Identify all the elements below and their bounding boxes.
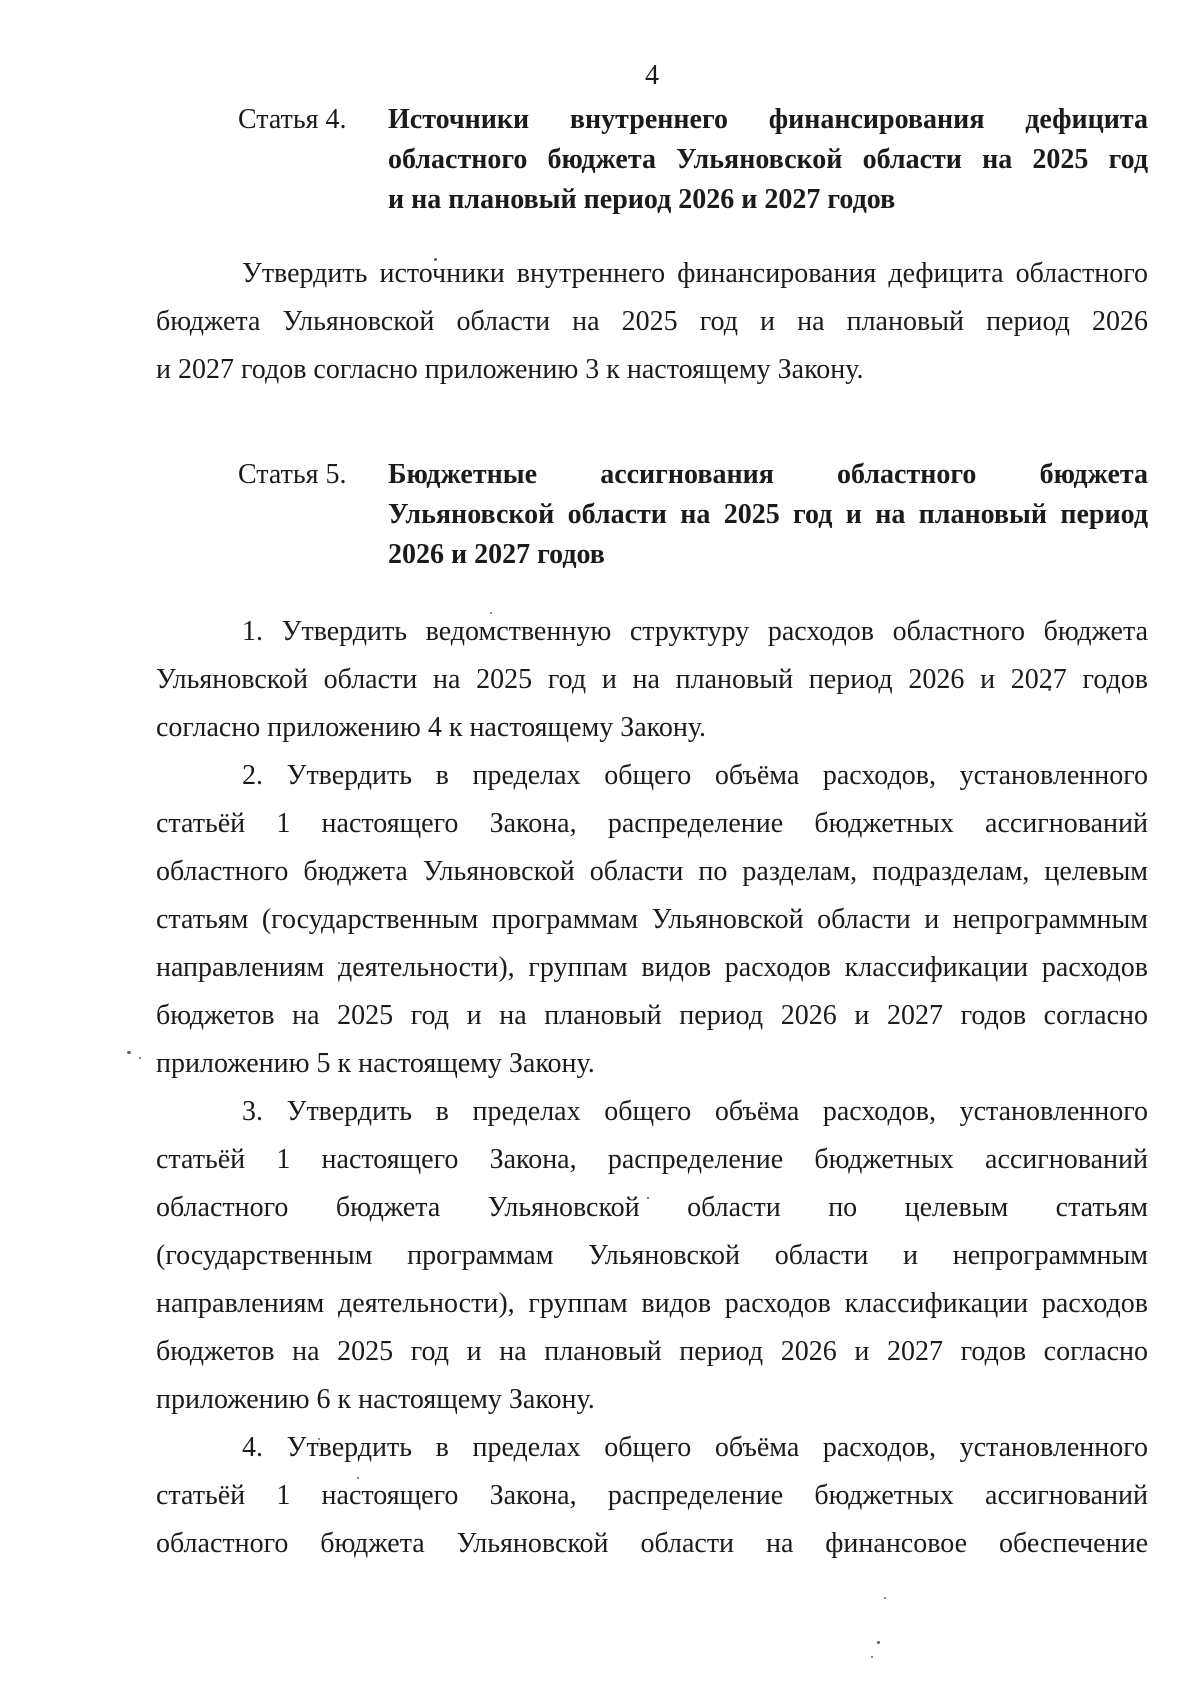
paragraph-line: статьёй 1 настоящего Закона, распределен… bbox=[156, 1136, 1148, 1184]
scan-speck bbox=[357, 1477, 359, 1479]
paragraph-line: 4. Утвердить в пределах общего объёма ра… bbox=[156, 1424, 1148, 1472]
paragraph-line: бюджетов на 2025 год и на плановый перио… bbox=[156, 992, 1148, 1040]
article-5-heading-block: Статья 5. Бюджетные ассигнования областн… bbox=[156, 455, 1148, 575]
scan-speck bbox=[884, 1597, 886, 1599]
article-5-heading: Бюджетные ассигнования областного бюджет… bbox=[388, 455, 1148, 575]
paragraph-line: бюджета Ульяновской области на 2025 год … bbox=[156, 298, 1148, 346]
page-number: 4 bbox=[156, 52, 1148, 100]
scan-speck bbox=[139, 1057, 141, 1059]
scan-speck bbox=[871, 1656, 873, 1658]
article-5-heading-line: Ульяновской области на 2025 год и на пла… bbox=[388, 495, 1148, 535]
paragraph-line: областного бюджета Ульяновской области н… bbox=[156, 1520, 1148, 1568]
scan-speck bbox=[647, 1197, 649, 1199]
paragraph-line: статьёй 1 настоящего Закона, распределен… bbox=[156, 800, 1148, 848]
scan-speck bbox=[490, 612, 492, 614]
article-4-heading: Источники внутреннего финансирования деф… bbox=[388, 100, 1148, 220]
article-4-heading-line: областного бюджета Ульяновской области н… bbox=[388, 140, 1148, 180]
article-4-heading-line: и на плановый период 2026 и 2027 годов bbox=[388, 180, 1148, 220]
article-5-label: Статья 5. bbox=[238, 455, 388, 575]
scan-speck bbox=[1048, 688, 1051, 691]
article-4-heading-line: Источники внутреннего финансирования деф… bbox=[388, 100, 1148, 140]
paragraph-line: 3. Утвердить в пределах общего объёма ра… bbox=[156, 1088, 1148, 1136]
article-5-paragraph-3: 3. Утвердить в пределах общего объёма ра… bbox=[156, 1088, 1148, 1424]
paragraph-line: 2. Утвердить в пределах общего объёма ра… bbox=[156, 752, 1148, 800]
article-4-label: Статья 4. bbox=[238, 100, 388, 220]
scan-speck bbox=[318, 1438, 320, 1440]
article-5-heading-line: Бюджетные ассигнования областного бюджет… bbox=[388, 455, 1148, 495]
scan-speck bbox=[434, 258, 437, 261]
paragraph-line: и 2027 годов согласно приложению 3 к нас… bbox=[156, 346, 1148, 394]
paragraph-line: Ульяновской области на 2025 год и на пла… bbox=[156, 656, 1148, 704]
scan-speck bbox=[338, 962, 340, 964]
paragraph-line: (государственным программам Ульяновской … bbox=[156, 1232, 1148, 1280]
paragraph-line: областного бюджета Ульяновской области п… bbox=[156, 848, 1148, 896]
text-column: 4 Статья 4. Источники внутреннего финанс… bbox=[156, 52, 1148, 1568]
paragraph-line: 1. Утвердить ведомственную структуру рас… bbox=[156, 608, 1148, 656]
scan-speck bbox=[127, 1051, 131, 1054]
article-5-paragraph-1: 1. Утвердить ведомственную структуру рас… bbox=[156, 608, 1148, 752]
paragraph-line: статьям (государственным программам Улья… bbox=[156, 896, 1148, 944]
document-page: 4 Статья 4. Источники внутреннего финанс… bbox=[0, 0, 1200, 1700]
article-4-heading-block: Статья 4. Источники внутреннего финансир… bbox=[156, 100, 1148, 220]
article-5-heading-line: 2026 и 2027 годов bbox=[388, 535, 1148, 575]
paragraph-line: Утвердить источники внутреннего финансир… bbox=[156, 250, 1148, 298]
paragraph-line: направлениям деятельности), группам видо… bbox=[156, 944, 1148, 992]
paragraph-line: приложению 6 к настоящему Закону. bbox=[156, 1376, 1148, 1424]
article-5-paragraph-4: 4. Утвердить в пределах общего объёма ра… bbox=[156, 1424, 1148, 1568]
paragraph-line: приложению 5 к настоящему Закону. bbox=[156, 1040, 1148, 1088]
paragraph-line: бюджетов на 2025 год и на плановый перио… bbox=[156, 1328, 1148, 1376]
paragraph-line: областного бюджета Ульяновской области п… bbox=[156, 1184, 1148, 1232]
paragraph-line: статьёй 1 настоящего Закона, распределен… bbox=[156, 1472, 1148, 1520]
paragraph-line: направлениям деятельности), группам видо… bbox=[156, 1280, 1148, 1328]
scan-speck bbox=[930, 1156, 932, 1158]
paragraph-line: согласно приложению 4 к настоящему Закон… bbox=[156, 704, 1148, 752]
scan-speck bbox=[877, 1641, 880, 1644]
article-4-paragraph: Утвердить источники внутреннего финансир… bbox=[156, 250, 1148, 394]
article-5-paragraph-2: 2. Утвердить в пределах общего объёма ра… bbox=[156, 752, 1148, 1088]
